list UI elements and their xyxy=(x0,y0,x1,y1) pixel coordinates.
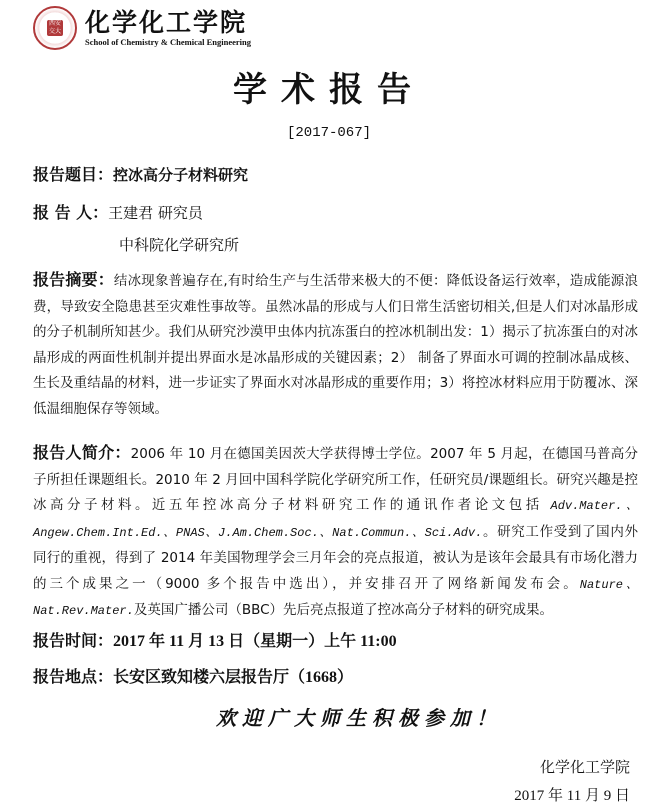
time-value: 2017 年 11 月 13 日（星期一）上午 11:00 xyxy=(113,633,397,650)
seal-emblem: 西安交大 xyxy=(47,20,63,36)
location-row: 报告地点：长安区致知楼六层报告厅（1668） xyxy=(33,664,638,687)
topic-value: 控冰高分子材料研究 xyxy=(113,166,248,184)
speaker-name: 王建君 研究员 xyxy=(108,204,203,222)
bio-text-3: 及英国广播公司（BBC）先后亮点报道了控冰高分子材料的研究成果。 xyxy=(134,602,553,618)
time-row: 报告时间：2017 年 11 月 13 日（星期一）上午 11:00 xyxy=(33,628,638,651)
abstract-section: 报告摘要：结冰现象普遍存在,有时给生产与生活带来极大的不便：降低设备运行效率，造… xyxy=(33,267,638,422)
school-header: 西安交大 化学化工学院 School of Chemistry & Chemic… xyxy=(33,4,251,52)
speaker-affiliation-row: 中科院化学研究所 xyxy=(119,234,638,255)
school-name-cn: 化学化工学院 xyxy=(85,9,251,37)
document-number: [2017-067] xyxy=(0,124,658,142)
topic-label: 报告题目： xyxy=(33,165,113,184)
speaker-affiliation: 中科院化学研究所 xyxy=(119,236,239,254)
signature-date: 2017 年 11 月 9 日 xyxy=(514,784,630,805)
bio-section: 报告人简介：2006 年 10 月在德国美因茨大学获得博士学位。2007 年 5… xyxy=(33,440,638,625)
school-seal-logo: 西安交大 xyxy=(33,6,77,50)
signature-org: 化学化工学院 xyxy=(540,756,630,777)
topic-row: 报告题目：控冰高分子材料研究 xyxy=(33,162,638,185)
location-value: 长安区致知楼六层报告厅（1668） xyxy=(113,669,353,686)
welcome-message: 欢迎广大师生积极参加！ xyxy=(0,702,658,731)
school-name-en: School of Chemistry & Chemical Engineeri… xyxy=(85,37,251,47)
school-brand: 化学化工学院 School of Chemistry & Chemical En… xyxy=(85,9,251,47)
location-label: 报告地点： xyxy=(33,667,113,686)
bio-label: 报告人简介： xyxy=(33,443,131,462)
page-title: 学术报告 xyxy=(0,68,658,112)
time-label: 报告时间： xyxy=(33,631,113,650)
speaker-row: 报 告 人：王建君 研究员 xyxy=(33,200,638,223)
speaker-label: 报 告 人： xyxy=(33,203,108,222)
abstract-label: 报告摘要： xyxy=(33,270,114,289)
abstract-text: 结冰现象普遍存在,有时给生产与生活带来极大的不便：降低设备运行效率，造成能源浪费… xyxy=(33,273,638,417)
